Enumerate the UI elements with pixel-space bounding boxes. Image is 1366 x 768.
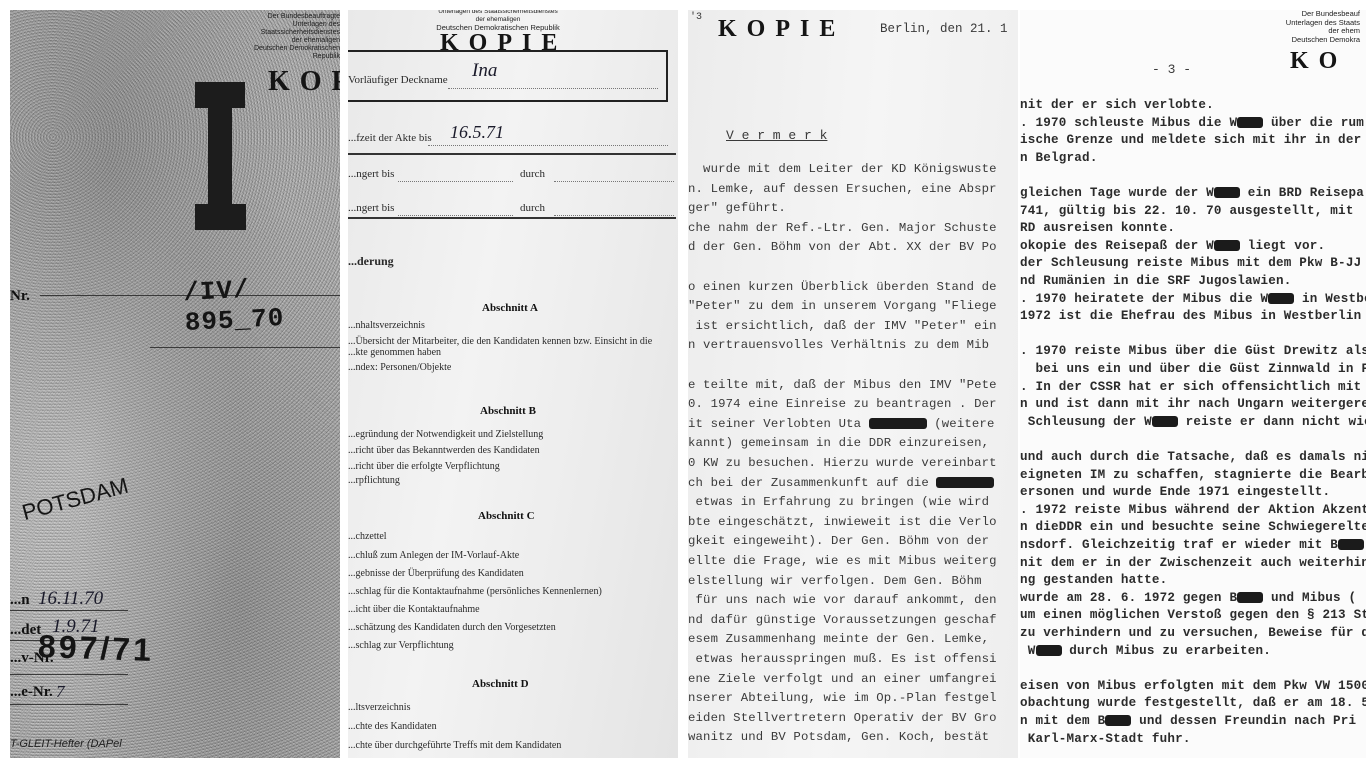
redaction-block — [1105, 715, 1131, 726]
divider-line — [348, 153, 676, 155]
laufzeit-label: ...fzeit der Akte bis — [348, 132, 432, 144]
text-line: gkeit eingeweiht). Der Gen. Böhm von der — [688, 534, 989, 548]
text-line: nit dem er in der Zwischenzeit auch weit… — [1020, 556, 1366, 570]
redaction-block — [1338, 539, 1364, 550]
section-item: ...kte genommen haben — [348, 347, 441, 358]
field-dots — [554, 181, 674, 182]
text-line: esem Zusammenhang meinte der Gen. Lemke, — [688, 632, 989, 646]
text-line: ger" geführt. — [688, 201, 786, 215]
text-line: kannt) gemeinsam in die DDR einzureisen, — [688, 436, 989, 450]
header-line: Deutschen Demokra — [1250, 36, 1360, 45]
letter-i-top — [195, 82, 245, 108]
section-item: ...schlag für die Kontaktaufnahme (persö… — [348, 586, 602, 597]
letter-i-stem — [208, 106, 232, 206]
text-line: nit der er sich verlobte. — [1020, 98, 1214, 112]
text-line: o einen kurzen Überblick überden Stand d… — [688, 280, 997, 294]
deckname-value: Ina — [472, 60, 497, 82]
text-line: RD ausreisen konnte. — [1020, 221, 1175, 235]
text-line: wanitz und BV Potsdam, Gen. Koch, bestät — [688, 730, 989, 744]
archive-header: Unterlagen des Staatssicherheitsdienstes… — [408, 10, 588, 32]
section-item: ...ndex: Personen/Objekte — [348, 362, 451, 373]
section-item: ...nhaltsverzeichnis — [348, 320, 425, 331]
redaction-block — [1036, 645, 1062, 656]
divider-line — [150, 347, 340, 348]
text-line: um einen möglichen Verstoß gegen den § 2… — [1020, 608, 1366, 622]
kopie-stamp: KOP — [268, 66, 340, 98]
text-line: gleichen Tage wurde der W ein BRD Reisep… — [1020, 186, 1364, 200]
field-value-volume: 7 — [56, 682, 65, 702]
deckname-label: Vorläufiger Deckname — [348, 74, 448, 86]
section-item: ...Übersicht der Mitarbeiter, die den Ka… — [348, 336, 652, 347]
reg-label: Nr. — [10, 288, 30, 305]
letter-i-bottom — [195, 204, 246, 230]
field-label: ...e-Nr. — [10, 684, 53, 701]
memo-title: V e r m e r k — [726, 128, 827, 143]
field-line — [10, 610, 128, 611]
text-line: bei uns ein und über die Güst Zinnwald i… — [1020, 362, 1366, 376]
text-line: eisen von Mibus erfolgten mit dem Pkw VW… — [1020, 679, 1366, 693]
field-dots — [398, 181, 513, 182]
text-line: 0. 1974 eine Einreise zu beantragen . De… — [688, 397, 997, 411]
text-line: ist ersichtlich, daß der IMV "Peter" ein — [688, 319, 997, 333]
section-item: ...chte des Kandidaten — [348, 721, 437, 732]
section-item: ...chluß zum Anlegen der IM-Vorlauf-Akte — [348, 550, 519, 561]
text-line: für uns nach wie vor darauf ankommt, den — [688, 593, 997, 607]
section-item: ...icht über die Kontaktaufnahme — [348, 604, 480, 615]
text-line: n dieDDR ein und besuchte seine Schwiege… — [1020, 520, 1366, 534]
redaction-block — [869, 418, 927, 429]
field-label: ...det — [10, 622, 41, 639]
redaction-block — [1237, 117, 1263, 128]
text-line: n mit dem B und dessen Freundin nach Pri — [1020, 714, 1356, 728]
text-line: nd dafür günstige Voraussetzungen gescha… — [688, 613, 997, 627]
text-line: ellte die Frage, wie es mit Mibus weiter… — [688, 554, 997, 568]
gliederung-heading: ...derung — [348, 254, 394, 269]
field-dots — [554, 215, 674, 216]
text-line: n Belgrad. — [1020, 151, 1098, 165]
text-line: e teilte mit, daß der Mibus den IMV "Pet… — [688, 378, 997, 392]
redaction-block — [936, 477, 994, 488]
text-line: 741, gültig bis 22. 10. 70 ausgestellt, … — [1020, 204, 1354, 218]
text-line: . 1972 reiste Mibus während der Aktion A… — [1020, 503, 1366, 517]
section-item: ...richt über das Bekanntwerden des Kand… — [348, 445, 540, 456]
document-cover-panel: Der Bundesbeauftragte Unterlagen des Sta… — [10, 10, 340, 758]
form-index-panel: Unterlagen des Staatssicherheitsdienstes… — [348, 10, 678, 758]
text-line: okopie des Reisepaß der W liegt vor. — [1020, 239, 1325, 253]
section-item: ...schätzung des Kandidaten durch den Vo… — [348, 622, 556, 633]
header-line: der ehemaligen — [250, 37, 340, 45]
redaction-block — [1214, 187, 1240, 198]
text-line: eiden Stellvertretern Operativ der BV Gr… — [688, 711, 997, 725]
redaction-block — [1237, 592, 1263, 603]
field-line — [10, 674, 128, 675]
divider-line — [348, 217, 676, 219]
section-item: ...richt über die erfolgte Verpflichtung — [348, 461, 500, 472]
section-item: ...chte über durchgeführte Treffs mit de… — [348, 740, 561, 751]
text-line: obachtung wurde festgestellt, daß er am … — [1020, 696, 1366, 710]
redaction-block — [1214, 240, 1240, 251]
section-item: ...rpflichtung — [348, 475, 400, 486]
section-item: ...ltsverzeichnis — [348, 702, 410, 713]
page-mark: '3 — [690, 12, 702, 23]
text-line: und auch durch die Tatsache, daß es dama… — [1020, 450, 1366, 464]
verlaengert-label: ...ngert bis — [348, 202, 394, 214]
text-line: wurde mit dem Leiter der KD Königswuste — [688, 162, 997, 176]
big-letter-i-label — [195, 82, 247, 232]
field-dots — [398, 215, 513, 216]
page-number: - 3 - — [1152, 62, 1191, 77]
vermerk-memo-panel: '3 KOPIE Berlin, den 21. 1 V e r m e r k… — [688, 10, 1018, 758]
text-line: der Schleusung reiste Mibus mit dem Pkw … — [1020, 256, 1361, 270]
section-item: ...schlag zur Verpflichtung — [348, 640, 454, 651]
text-line: wurde am 28. 6. 1972 gegen B und Mibus ( — [1020, 591, 1356, 605]
text-line: bte eingeschätzt, inwieweit ist die Verl… — [688, 515, 997, 529]
text-line: zu verhindern und zu versuchen, Beweise … — [1020, 626, 1366, 640]
text-line: elstellung wir verfolgen. Dem Gen. Böhm — [688, 574, 982, 588]
field-label: ...n — [10, 592, 30, 609]
text-line: . In der CSSR hat er sich offensichtlich… — [1020, 380, 1361, 394]
kopie-stamp: KOPIE — [718, 16, 845, 43]
section-item: ...egründung der Notwendigkeit und Ziels… — [348, 429, 543, 440]
text-line: ersonen und wurde Ende 1971 eingestellt. — [1020, 485, 1330, 499]
header-line: Unterlagen des Staatssicherheitsdienstes — [250, 21, 340, 37]
header-line: Der Bundesbeauftragte — [250, 13, 340, 21]
text-line: ng gestanden hatte. — [1020, 573, 1167, 587]
field-value-date-opened: 16.11.70 — [38, 588, 103, 610]
page-three-panel: Der Bundesbeauf Unterlagen des Staats de… — [1020, 10, 1366, 758]
place-date: Berlin, den 21. 1 — [880, 22, 1008, 36]
kopie-stamp: KO — [1290, 48, 1347, 75]
text-line: "Peter" zu dem in unserem Vorgang "Flieg… — [688, 299, 997, 313]
archive-header: Der Bundesbeauf Unterlagen des Staats de… — [1250, 10, 1360, 44]
text-line: ene Ziele verfolgt und an einer umfangre… — [688, 672, 997, 686]
durch-label: durch — [520, 168, 545, 180]
section-title-c: Abschnitt C — [478, 510, 535, 522]
text-line: Karl-Marx-Stadt fuhr. — [1020, 732, 1191, 746]
text-line: it seiner Verlobten Uta (weitere — [688, 417, 994, 431]
verlaengert-label: ...ngert bis — [348, 168, 394, 180]
text-line: 0 KW zu besuchen. Hierzu wurde vereinbar… — [688, 456, 997, 470]
text-line: . 1970 reiste Mibus über die Güst Drewit… — [1020, 344, 1366, 358]
text-line: . 1970 schleuste Mibus die W über die ru… — [1020, 116, 1364, 130]
text-line: n. Lemke, auf dessen Ersuchen, eine Absp… — [688, 182, 997, 196]
laufzeit-value: 16.5.71 — [450, 122, 504, 143]
text-line: d der Gen. Böhm von der Abt. XX der BV P… — [688, 240, 997, 254]
section-title-d: Abschnitt D — [472, 678, 529, 690]
durch-label: durch — [520, 202, 545, 214]
text-line: W durch Mibus zu erarbeiten. — [1020, 644, 1271, 658]
text-line: nserer Abteilung, wie im Op.-Plan festge… — [688, 691, 997, 705]
text-line: n vertrauensvolles Verhältnis zu dem Mib — [688, 338, 989, 352]
archive-number-stamp: 897/71 — [37, 628, 154, 669]
text-line: ische Grenze und meldete sich mit ihr in… — [1020, 133, 1361, 147]
text-line: eigneten IM zu schaffen, stagnierte die … — [1020, 468, 1366, 482]
text-line: n und ist dann mit ihr nach Ungarn weite… — [1020, 397, 1366, 411]
redaction-block — [1268, 293, 1294, 304]
archive-header: Der Bundesbeauftragte Unterlagen des Sta… — [250, 13, 340, 61]
section-title-a: Abschnitt A — [482, 302, 538, 314]
field-dots — [448, 88, 658, 89]
text-line: . 1970 heiratete der Mibus die W in West… — [1020, 292, 1366, 306]
text-line: ch bei der Zusammenkunft auf die — [688, 476, 994, 490]
text-line: nd Rumänien in die SRF Jugoslawien. — [1020, 274, 1292, 288]
redaction-block — [1152, 416, 1178, 427]
text-line: Schleusung der W reiste er dann nicht wi… — [1020, 415, 1366, 429]
text-line: che nahm der Ref.-Ltr. Gen. Major Schust… — [688, 221, 997, 235]
text-line: 1972 ist die Ehefrau des Mibus in Westbe… — [1020, 309, 1361, 323]
section-item: ...gebnisse der Überprüfung des Kandidat… — [348, 568, 524, 579]
section-title-b: Abschnitt B — [480, 405, 536, 417]
field-dots — [428, 145, 668, 146]
section-item: ...chzettel — [348, 531, 387, 542]
field-line — [10, 704, 128, 705]
reg-number-stamp: /IV/ 895_70 — [183, 270, 340, 338]
header-line: Deutschen Demokratischen Republik — [250, 45, 340, 61]
text-line: etwas herausspringen muß. Es ist offensi — [688, 652, 997, 666]
text-line: nsdorf. Gleichzeitig traf er wieder mit … — [1020, 538, 1364, 552]
folder-footer: T-GLEIT-Hefter (DAPel — [10, 738, 122, 750]
text-line: etwas in Erfahrung zu bringen (wie wird — [688, 495, 989, 509]
